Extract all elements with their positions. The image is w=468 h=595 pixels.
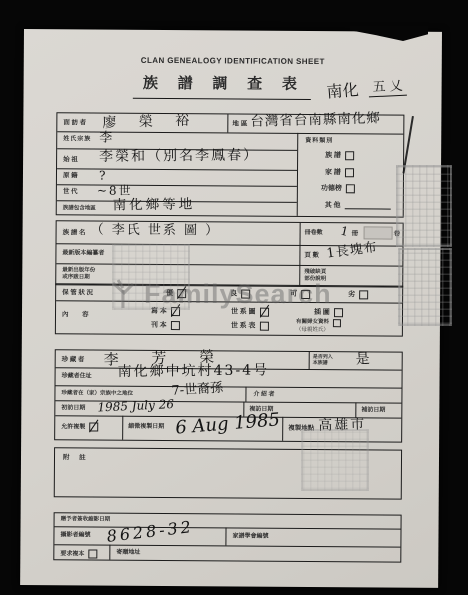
category-header: 資料類別 [305, 138, 333, 145]
pubyear-line2: 或序跋日期 [62, 274, 90, 280]
checkbox-poor [359, 290, 368, 299]
field-compiler-label: 最新版本編纂者 [62, 250, 104, 257]
form-title: 族 譜 調 查 表 [133, 76, 311, 100]
included-line1: 是否列入 [313, 355, 333, 360]
condition-poor: 劣 [348, 290, 368, 299]
checkbox-zupu [345, 151, 354, 160]
volumes-unit-ce: 冊 [352, 230, 359, 238]
checkbox-women-data [333, 319, 341, 327]
category-option-other: 其 他 [325, 201, 391, 209]
field-first-visit-label: 初訪日期 [61, 405, 85, 412]
field-origin-label: 原 籍 [63, 172, 78, 180]
checkbox-request-copy [88, 549, 97, 558]
field-condition-label: 保 管 狀 況 [62, 289, 93, 297]
category-option-label: 其 他 [325, 202, 341, 209]
included-line2: 本族譜 [313, 361, 328, 366]
content-women-note: （母親姓氏） [296, 327, 329, 334]
content-label: 世 系 表 [231, 322, 256, 329]
annotation-township: 南化 [326, 82, 359, 101]
seal-stamp [396, 165, 452, 247]
category-option-label: 族 譜 [325, 152, 341, 159]
field-volumes-label: 冊卷數 [305, 230, 323, 237]
erased-area [364, 226, 393, 239]
checkbox-gongdebang [346, 184, 355, 193]
seal-stamp [112, 244, 190, 310]
field-society-no-label: 家譜學會編號 [232, 533, 268, 540]
field-content-label: 內 容 [62, 311, 95, 319]
field-ancestor-label: 始 祖 [63, 156, 78, 164]
field-interviewee-label: 面 訪 者 [63, 119, 86, 127]
field-mailing-label: 寄贈地址 [116, 550, 140, 557]
field-address-label: 珍藏者住址 [62, 373, 92, 380]
category-option-zupu: 族 譜 [325, 151, 354, 160]
seal-stamp [398, 248, 452, 326]
field-origin-value: ? [99, 170, 106, 182]
content-label: 刊 本 [151, 322, 167, 329]
field-pages-label: 頁 數 [304, 252, 319, 260]
field-pubyear-label: 最新出版年份 或序跋日期 [62, 267, 95, 280]
field-area-value: 台灣省台南縣南化鄉 [250, 112, 381, 129]
field-micro-date-label: 縮微複製日期 [128, 424, 164, 431]
content-printed: 刊 本 [151, 321, 180, 330]
category-option-label: 功德榜 [321, 185, 342, 192]
condition-label: 劣 [348, 291, 355, 298]
table-filming-admin: 贈予者簽收縮影日期 攝影者編號 8628-32 家譜學會編號 要求複本 寄贈地址 [53, 512, 401, 562]
field-photographer-no-value: 8628-32 [106, 519, 195, 545]
category-option-jiapu: 家 譜 [325, 168, 354, 177]
request-copy-field: 要求複本 [60, 549, 97, 558]
checkbox-illustrations [334, 308, 343, 317]
field-clan-value: 李 [99, 132, 112, 145]
field-collector-label: 珍 藏 者 [62, 356, 85, 364]
checkbox-printed [171, 321, 180, 330]
category-option-gongdebang: 功德榜 [321, 184, 355, 193]
field-introducer-label: 介 紹 者 [253, 392, 274, 399]
field-coverage-value: 南化鄉等地 [113, 198, 196, 212]
content-label: 有關婦女資料 [296, 320, 329, 326]
content-lineage-table: 世 系 表 [231, 321, 269, 330]
field-included-label: 是否列入 本族譜 [313, 355, 333, 367]
field-address-value: 南化鄉中坑村43-4号 [118, 363, 270, 379]
field-generations-label: 世 代 [63, 188, 78, 196]
field-permission-label: 允許複製 [61, 424, 85, 430]
field-genealogy-name-label: 族 譜 名 [63, 229, 86, 237]
content-label: 插 圖 [314, 309, 330, 316]
sheet-title-en: CLAN GENEALOGY IDENTIFICATION SHEET [24, 55, 442, 67]
annotation-page-mark: 五 乂 [368, 80, 407, 98]
field-volumes-value: 1 [339, 225, 349, 238]
field-genealogy-name-value: （ 李氏 世系 圖 ） [91, 223, 221, 237]
field-interviewee-value: 廖 榮 裕 [102, 114, 198, 131]
field-pages-value: 1長塊布 [326, 241, 379, 261]
field-included-value: 是 [355, 352, 370, 367]
field-clan-label: 姓氏宗族 [63, 136, 91, 143]
permission-field: 允許複製 [61, 422, 98, 431]
field-first-visit-value: 1985 July 26 [97, 398, 174, 413]
other-blank-line [344, 201, 390, 209]
checkbox-lineage-table [259, 322, 268, 331]
category-option-label: 家 譜 [325, 169, 341, 176]
field-request-copy-label: 要求複本 [60, 551, 84, 557]
field-photographer-no-label: 攝影者編號 [60, 532, 90, 539]
field-generations-value: ~8世 [97, 185, 133, 197]
checkbox-jiapu [345, 168, 354, 177]
field-notes-label: 附 註 [63, 454, 90, 462]
seal-stamp [301, 429, 369, 491]
field-followup-label: 補訪日期 [361, 407, 385, 414]
field-position-value: 7-世裔孫 [171, 382, 223, 398]
pubyear-line1: 最新出版年份 [62, 267, 95, 273]
table-basic-info: 面 訪 者 廖 榮 裕 地區 台灣省台南縣南化鄉 姓氏宗族 李 始 祖 李榮和（… [56, 112, 405, 217]
field-coverage-label: 族譜包含地區 [63, 205, 96, 212]
checkbox-permission [89, 422, 98, 431]
damage-line1: 殘破缺頁 [304, 269, 326, 275]
field-ancestor-value: 李榮和（別名李鳳春） [99, 148, 259, 164]
field-area-label: 地區 [232, 120, 249, 128]
field-position-label: 珍藏者在（家）宗族中之地位 [61, 390, 133, 397]
field-receipt-label: 贈予者簽收縮影日期 [61, 516, 111, 523]
